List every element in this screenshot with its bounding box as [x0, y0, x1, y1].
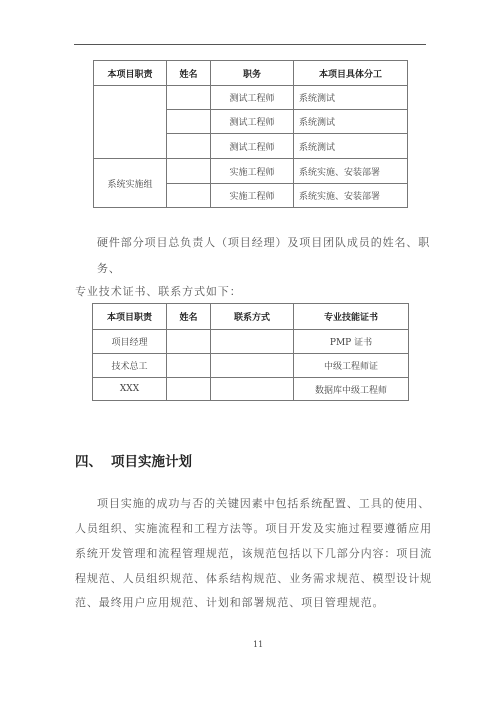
- header-cell: 本项目职责: [93, 304, 167, 330]
- contact-cell: [211, 378, 294, 401]
- table-row: 项目经理 PMP 证书: [93, 330, 409, 354]
- header-cell: 联系方式: [211, 304, 294, 330]
- team-contact-table: 本项目职责 姓名 联系方式 专业技能证书 项目经理 PMP 证书 技术总工 中级…: [92, 303, 409, 401]
- cert-cell: PMP 证书: [294, 330, 409, 354]
- header-cell: 本项目具体分工: [294, 61, 408, 86]
- duty-cell: 系统测试: [294, 110, 408, 134]
- header-cell: 职务: [211, 61, 294, 86]
- section-number: 四、: [75, 450, 102, 470]
- duty-cell: 系统测试: [294, 134, 408, 159]
- table-header-row: 本项目职责 姓名 职务 本项目具体分工: [94, 61, 408, 86]
- contact-cell: [211, 354, 294, 378]
- title-cell: 实施工程师: [211, 184, 294, 208]
- role-cell: [94, 86, 167, 159]
- intro-line-1: 硬件部分项目总负责人（项目经理）及项目团队成员的姓名、职: [97, 234, 430, 250]
- contact-cell: [211, 330, 294, 354]
- title-cell: 测试工程师: [211, 110, 294, 134]
- page-number: 11: [253, 640, 263, 649]
- header-cell: 专业技能证书: [294, 304, 409, 330]
- title-cell: 实施工程师: [211, 159, 294, 184]
- name-cell: [167, 184, 211, 208]
- title-cell: 测试工程师: [211, 134, 294, 159]
- title-cell: 测试工程师: [211, 86, 294, 110]
- header-rule: [74, 44, 426, 45]
- paragraph-line-5: 范、最终用户应用规范、计划和部署规范、项目管理规范。: [75, 594, 384, 610]
- duty-cell: 系统实施、安装部署: [294, 184, 408, 208]
- duty-cell: 系统实施、安装部署: [294, 159, 408, 184]
- name-cell: [167, 134, 211, 159]
- name-cell: [167, 110, 211, 134]
- table-row: 技术总工 中级工程师证: [93, 354, 409, 378]
- paragraph-line-1: 项目实施的成功与否的关键因素中包括系统配置、工具的使用、: [97, 495, 430, 511]
- table-row: XXX 数据库中级工程师: [93, 378, 409, 401]
- name-cell: [167, 86, 211, 110]
- header-cell: 本项目职责: [94, 61, 167, 86]
- header-cell: 姓名: [167, 61, 211, 86]
- table-row: 系统实施组 实施工程师 系统实施、安装部署: [94, 159, 408, 184]
- cert-cell: 中级工程师证: [294, 354, 409, 378]
- table-header-row: 本项目职责 姓名 联系方式 专业技能证书: [93, 304, 409, 330]
- name-cell: [167, 354, 211, 378]
- table-row: 测试工程师 系统测试: [94, 86, 408, 110]
- role-cell: XXX: [93, 378, 167, 401]
- role-cell: 技术总工: [93, 354, 167, 378]
- intro-line-2: 务、: [97, 260, 121, 276]
- paragraph-line-4: 程规范、人员组织规范、体系结构规范、业务需求规范、模型设计规: [75, 570, 432, 586]
- cert-cell: 数据库中级工程师: [294, 378, 409, 401]
- role-cell: 系统实施组: [94, 159, 167, 208]
- section-title: 项目实施计划: [111, 450, 192, 470]
- duty-cell: 系统测试: [294, 86, 408, 110]
- intro-line-3: 专业技术证书、联系方式如下：: [75, 283, 242, 299]
- name-cell: [167, 159, 211, 184]
- role-cell: 项目经理: [93, 330, 167, 354]
- name-cell: [167, 330, 211, 354]
- name-cell: [167, 378, 211, 401]
- paragraph-line-3: 系统开发管理和流程管理规范，该规范包括以下几部分内容：项目流: [75, 545, 432, 561]
- paragraph-line-2: 人员组织、实施流程和工程方法等。项目开发及实施过程要遵循应用: [75, 520, 432, 536]
- header-cell: 姓名: [167, 304, 211, 330]
- team-duty-table: 本项目职责 姓名 职务 本项目具体分工 测试工程师 系统测试 测试工程师 系统测…: [93, 60, 408, 208]
